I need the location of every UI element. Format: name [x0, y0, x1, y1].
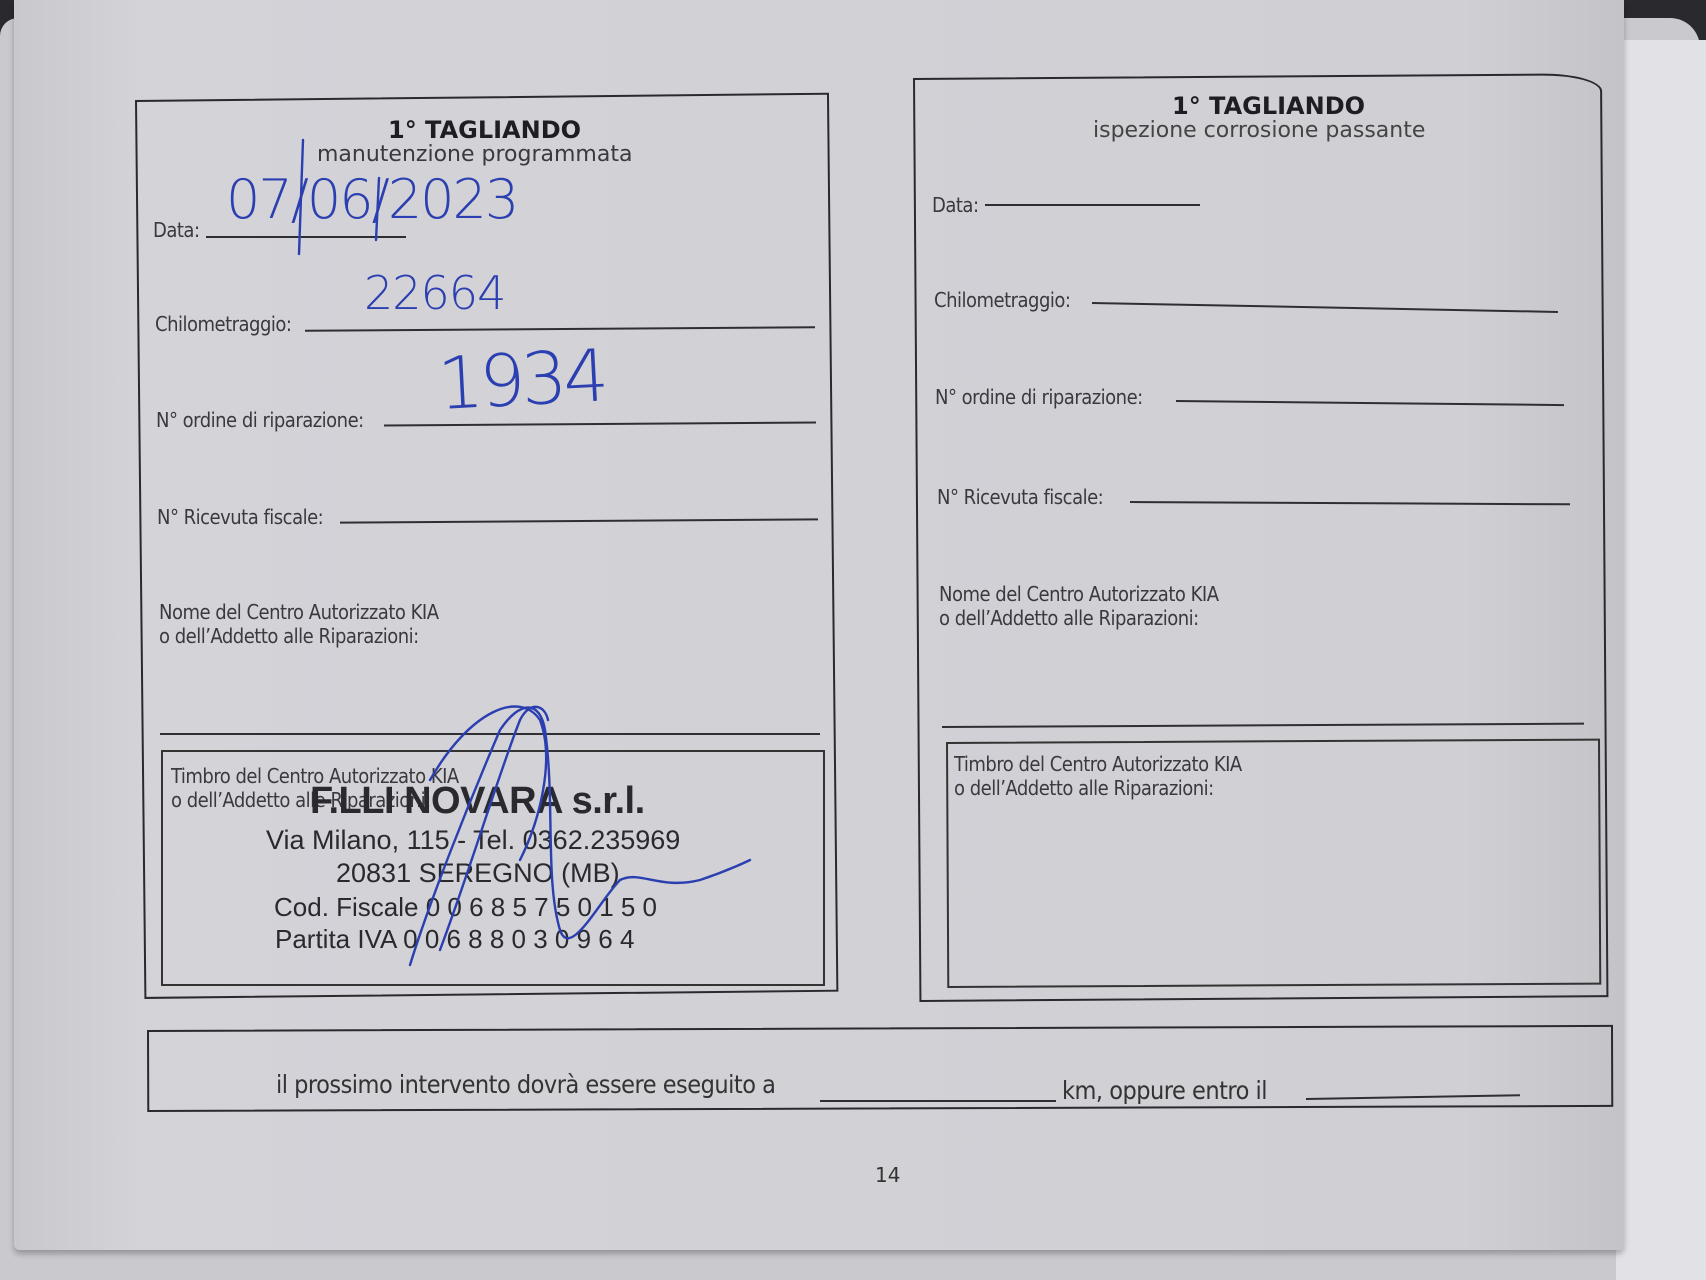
left-date-label: Data:: [153, 218, 200, 242]
left-km-label: Chilometraggio:: [155, 312, 291, 336]
dealer-stamp-vat: Partita IVA 0 0 6 8 8 0 3 0 9 6 4: [275, 924, 634, 955]
dealer-stamp-fiscal-code: Cod. Fiscale 0 0 6 8 5 7 5 0 1 5 0: [274, 892, 657, 923]
right-km-label: Chilometraggio:: [934, 288, 1070, 312]
left-km-value[interactable]: 22664: [364, 266, 505, 320]
service-booklet: 1° TAGLIANDO manutenzione programmata Da…: [0, 0, 1706, 1280]
left-order-label: N° ordine di riparazione:: [156, 408, 364, 432]
next-page-edge: [1616, 40, 1706, 1280]
right-center-label-1: Nome del Centro Autorizzato KIA: [939, 582, 1219, 606]
left-center-label-1: Nome del Centro Autorizzato KIA: [159, 600, 439, 624]
left-order-value[interactable]: 1934: [436, 333, 607, 426]
left-center-label-2: o dell’Addetto alle Riparazioni:: [159, 624, 419, 648]
dealer-stamp-city: 20831 SEREGNO (MB): [336, 858, 620, 889]
right-form-subtitle: ispezione corrosione passante: [1093, 118, 1425, 143]
dealer-stamp-address: Via Milano, 115 - Tel. 0362.235969: [266, 825, 680, 856]
left-form-title: 1° TAGLIANDO: [388, 116, 581, 144]
right-stamp-label-2: o dell’Addetto alle Riparazioni:: [954, 776, 1214, 800]
next-service-km-line[interactable]: [820, 1100, 1056, 1102]
left-center-line[interactable]: [160, 733, 820, 735]
next-service-text-1: il prossimo intervento dovrà essere eseg…: [276, 1070, 775, 1099]
right-stamp-label-1: Timbro del Centro Autorizzato KIA: [954, 752, 1242, 776]
dealer-stamp-company: F.LLI NOVARA s.r.l.: [310, 780, 645, 823]
right-date-label: Data:: [932, 193, 979, 217]
left-form-subtitle: manutenzione programmata: [317, 142, 632, 167]
page-number: 14: [875, 1163, 900, 1187]
right-receipt-label: N° Ricevuta fiscale:: [937, 485, 1103, 509]
next-service-text-2: km, oppure entro il: [1062, 1076, 1267, 1105]
right-date-line[interactable]: [985, 204, 1200, 206]
left-date-value[interactable]: 07/06/2023: [226, 168, 517, 231]
left-date-line: [206, 236, 406, 238]
left-receipt-label: N° Ricevuta fiscale:: [157, 505, 323, 529]
right-center-label-2: o dell’Addetto alle Riparazioni:: [939, 606, 1199, 630]
right-order-label: N° ordine di riparazione:: [935, 385, 1143, 409]
right-form-title: 1° TAGLIANDO: [1172, 92, 1365, 120]
